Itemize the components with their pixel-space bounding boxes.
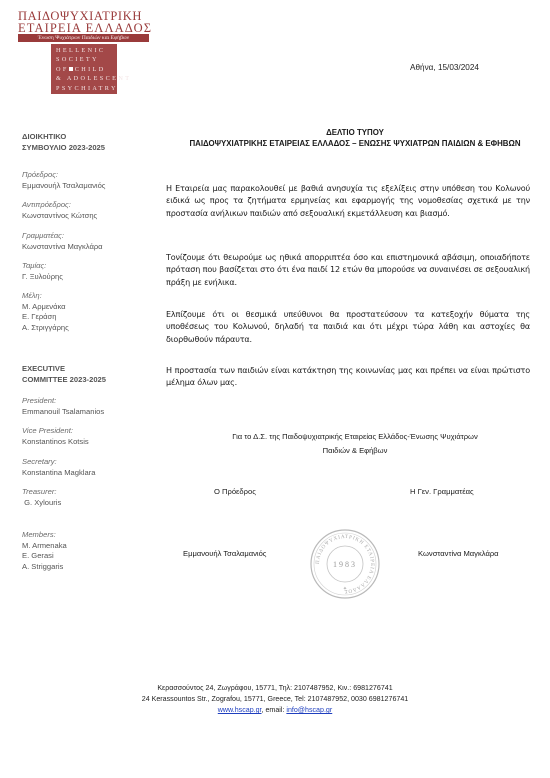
role-label: Secretary: [22, 457, 95, 468]
role-label: Μέλη: [22, 291, 69, 302]
role-name: Εμμανουήλ Τσαλαμανιός [22, 181, 105, 192]
press-release-title: ΔΕΛΤΙΟ ΤΥΠΟΥ [160, 128, 550, 137]
sidebar-heading: ΣΥΜΒΟΥΛΙΟ 2023-2025 [22, 142, 105, 153]
sidebar-role-block: Ταμίας: Γ. Ξυλούρης [22, 261, 63, 282]
body-paragraph: Η Εταιρεία μας παρακολουθεί με βαθιά ανη… [166, 183, 530, 220]
role-name: Konstantina Magklara [22, 468, 95, 479]
footer-address-english: 24 Kerassountos Str., Zografou, 15771, G… [0, 694, 550, 705]
logo-square-icon [69, 67, 73, 71]
sidebar-heading: ΔΙΟΙΚΗΤΙΚΟ [22, 131, 105, 142]
president-title: Ο Πρόεδρος [214, 487, 256, 496]
on-behalf-line: Παιδιών & Εφήβων [160, 446, 550, 455]
secretary-title: Η Γεν. Γραμματέας [410, 487, 474, 496]
sidebar-english-board: EXECUTIVE COMMITTEE 2023-2025 [22, 363, 106, 385]
role-label: Ταμίας: [22, 261, 63, 272]
logo-english-line: OFCHILD [56, 65, 117, 74]
body-paragraph: Τονίζουμε ότι θεωρούμε ως ηθικά απορριπτ… [166, 252, 530, 289]
role-label: Γραμματέας: [22, 231, 103, 242]
role-name: M. Armenaka [22, 541, 67, 552]
sidebar-role-block: Treasurer: G. Xylouris [22, 487, 61, 508]
sidebar-greek-board: ΔΙΟΙΚΗΤΙΚΟ ΣΥΜΒΟΥΛΙΟ 2023-2025 [22, 131, 105, 153]
footer-contact: www.hscap.gr, email: info@hscap.gr [0, 705, 550, 716]
logo-english-line: & ADOLESCENT [56, 74, 117, 83]
role-name: Κωνσταντίνος Κώτσης [22, 211, 97, 222]
role-label: President: [22, 396, 104, 407]
sidebar-heading: EXECUTIVE [22, 363, 106, 374]
body-paragraph: Ελπίζουμε ότι οι θεσμικά υπεύθυνοι θα πρ… [166, 309, 530, 346]
role-name: Κωνσταντίνα Μαγκλάρα [22, 242, 103, 253]
role-name: Emmanouil Tsalamanios [22, 407, 104, 418]
president-name: Εμμανουήλ Τσαλαμανιός [183, 549, 266, 558]
sidebar-role-block: Secretary: Konstantina Magklara [22, 457, 95, 478]
role-label: Members: [22, 530, 67, 541]
email-label: , email: [262, 706, 287, 714]
body-paragraph: Η προστασία των παιδιών είναι κατάκτηση … [166, 365, 530, 390]
press-release-subtitle: ΠΑΙΔΟΨΥΧΙΑΤΡΙΚΗΣ ΕΤΑΙΡΕΙΑΣ ΕΛΛΑΔΟΣ – ΕΝΩ… [160, 139, 550, 148]
sidebar-role-block: Πρόεδρος: Εμμανουήλ Τσαλαμανιός [22, 170, 105, 191]
role-name: Α. Στριγγάρης [22, 323, 69, 334]
svg-text:✦: ✦ [343, 586, 347, 592]
role-name: G. Xylouris [22, 498, 61, 509]
sidebar-role-block: Αντιπρόεδρος: Κωνσταντίνος Κώτσης [22, 200, 97, 221]
email-link[interactable]: info@hscap.gr [286, 706, 332, 714]
logo-english-line: SOCIETY [56, 55, 117, 64]
sidebar-role-block: President: Emmanouil Tsalamanios [22, 396, 104, 417]
role-name: Ε. Γεράση [22, 312, 69, 323]
sidebar-role-block: Γραμματέας: Κωνσταντίνα Μαγκλάρα [22, 231, 103, 252]
role-label: Αντιπρόεδρος: [22, 200, 97, 211]
website-link[interactable]: www.hscap.gr [218, 706, 262, 714]
logo-english-line: HELLENIC [56, 46, 117, 55]
role-name: A. Striggaris [22, 562, 67, 573]
sidebar-role-block: Vice President: Konstantinos Kotsis [22, 426, 89, 447]
role-name: Μ. Αρμενάκα [22, 302, 69, 313]
sidebar-heading: COMMITTEE 2023-2025 [22, 374, 106, 385]
sidebar-role-block: Members: M. Armenaka E. Gerasi A. Strigg… [22, 530, 67, 572]
logo-english-box: HELLENIC SOCIETY OFCHILD & ADOLESCENT PS… [51, 44, 117, 94]
role-label: Treasurer: [22, 487, 61, 498]
role-label: Vice President: [22, 426, 89, 437]
footer-address-greek: Κερασσούντος 24, Ζωγράφου, 15771, Τηλ: 2… [0, 683, 550, 694]
secretary-name: Κωνσταντίνα Μαγκλάρα [418, 549, 499, 558]
logo-greek-subtitle: Ένωση Ψυχιάτρων Παιδιών και Εφήβων [18, 34, 149, 42]
seal-year: 1983 [333, 560, 357, 569]
sidebar-role-block: Μέλη: Μ. Αρμενάκα Ε. Γεράση Α. Στριγγάρη… [22, 291, 69, 333]
on-behalf-line: Για το Δ.Σ. της Παιδοψυχιατρικής Εταιρεί… [160, 432, 550, 441]
role-name: E. Gerasi [22, 551, 67, 562]
society-seal-icon: ΠΑΙΔΟΨΥΧΙΑΤΡΙΚΗ ΕΤΑΙΡΕΙΑ ΕΛΛΑΔΟΣ 1983 ✦ [309, 528, 381, 600]
logo-english-line: PSYCHIATRY [56, 84, 117, 93]
role-name: Konstantinos Kotsis [22, 437, 89, 448]
document-date: Αθήνα, 15/03/2024 [410, 63, 479, 72]
role-label: Πρόεδρος: [22, 170, 105, 181]
role-name: Γ. Ξυλούρης [22, 272, 63, 283]
